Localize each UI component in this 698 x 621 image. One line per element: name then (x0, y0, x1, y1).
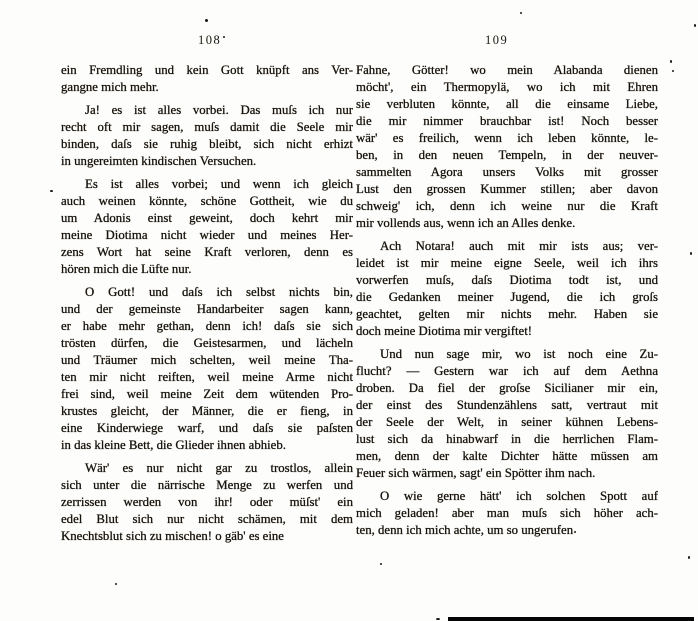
text-line: men, denn der kalte Dichter hätte müssen… (356, 448, 658, 465)
paragraph: Ach Notara! auch mit mir ists aus; ver-l… (356, 238, 658, 340)
text-line: der einst des Stundenzählens satt, vertr… (356, 397, 658, 414)
text-line: schweig' ich, denn ich weine nur die Kra… (356, 198, 658, 215)
text-line: auch weinen könnte, schöne Gottheit, wie… (61, 193, 353, 210)
text-line: mich geladen! aber man muſs sich höher a… (356, 505, 658, 522)
book-scan: 108 109 ein Fremdling und kein Gott knüp… (0, 0, 698, 621)
text-line: der Seele der Welt, in seiner kühnen Leb… (356, 414, 658, 431)
text-line: die mir nimmer brauchbar ist! Noch besse… (356, 113, 658, 130)
scan-speck (574, 531, 576, 533)
text-line: in ungereimten kindischen Versuchen. (61, 153, 353, 170)
scan-speck (115, 583, 117, 585)
text-line: doch meine Diotima mir vergiftet! (356, 323, 658, 340)
text-line: geachtet, gelten mir nichts mehr. Haben … (356, 306, 658, 323)
scan-speck (690, 252, 692, 255)
text-line: krustes gleicht, der Männer, die er fien… (61, 403, 353, 420)
text-line: ten, denn ich mich achte, um so ungerufe… (356, 522, 658, 539)
text-line: trösten dürfen, die Geistesarmen, und lä… (61, 335, 353, 352)
text-line: lust sich da hinabwarf in die herrlichen… (356, 431, 658, 448)
paragraph: Es ist alles vorbei; und wenn ich gleich… (61, 176, 353, 278)
text-line: er habe mehr gethan, denn ich! daſs sie … (61, 318, 353, 335)
text-line: sammelten Agora unsers Volks mit grosser (356, 164, 658, 181)
paragraph: O wie gerne hätt' ich solchen Spott aufm… (356, 488, 658, 539)
bottom-scan-bar (448, 617, 694, 621)
page-number-right: 109 (485, 33, 508, 48)
text-line: wär' es freilich, wenn ich leben könnte,… (356, 130, 658, 147)
text-line: mir vollends aus, wenn ich an Alles denk… (356, 215, 658, 232)
paragraph: Und nun sage mir, wo ist noch eine Zu-fl… (356, 346, 658, 482)
text-line: Lust den grossen Kummer stillen; aber da… (356, 181, 658, 198)
text-line: ten mir nicht reiften, weil meine Arme n… (61, 369, 353, 386)
text-line: Fahne, Götter! wo mein Alabanda dienen (356, 62, 658, 79)
text-line: edel Blut sich nur nicht schämen, mit de… (61, 511, 353, 528)
text-line: flucht? — Gestern war ich auf dem Aethna (356, 363, 658, 380)
text-line: sich unter die närrische Menge zu werfen… (61, 477, 353, 494)
page-number-left: 108 (198, 33, 221, 48)
scan-speck (50, 190, 53, 192)
text-column-left: ein Fremdling und kein Gott knüpft ans V… (61, 62, 353, 545)
text-line: Und nun sage mir, wo ist noch eine Zu- (356, 346, 658, 363)
text-line: Es ist alles vorbei; und wenn ich gleich (61, 176, 353, 193)
text-line: leidet ist mir meine eigne Seele, weil i… (356, 255, 658, 272)
text-line: recht oft mir sagen, muſs damit die Seel… (61, 119, 353, 136)
text-line: und Träumer mich schelten, weil meine Th… (61, 352, 353, 369)
text-line: O wie gerne hätt' ich solchen Spott auf (356, 488, 658, 505)
text-line: die Gedanken meiner Jugend, die ich groſ… (356, 289, 658, 306)
scan-speck (672, 70, 674, 72)
text-line: Feuer sich wärmen, sagt' ein Spötter ihm… (356, 465, 658, 482)
scan-speck (520, 12, 522, 14)
scan-speck (223, 36, 225, 38)
text-line: um Adonis einst geweint, doch kehrt mir (61, 210, 353, 227)
text-line: droben. Da fiel der groſse Sicilianer mi… (356, 380, 658, 397)
text-line: hören mich die Lüfte nur. (61, 261, 353, 278)
text-line: ben, in den neuen Tempeln, in der neuver… (356, 147, 658, 164)
scan-speck (688, 556, 690, 559)
text-line: Wär' es nur nicht gar zu trostlos, allei… (61, 460, 353, 477)
text-line: zens Wort hat seine Kraft verloren, denn… (61, 244, 353, 261)
text-line: Ja! es ist alles vorbei. Das muſs ich nu… (61, 102, 353, 119)
text-line: und der gemeinste Handarbeiter sagen kan… (61, 301, 353, 318)
paragraph: Wär' es nur nicht gar zu trostlos, allei… (61, 460, 353, 545)
paragraph: Fahne, Götter! wo mein Alabanda dienenmö… (356, 62, 658, 232)
text-line: Ach Notara! auch mit mir ists aus; ver- (356, 238, 658, 255)
scan-speck (436, 618, 440, 620)
paragraph: ein Fremdling und kein Gott knüpft ans V… (61, 62, 353, 96)
paragraph: O Gott! und daſs ich selbst nichts bin,u… (61, 284, 353, 454)
text-line: zerrissen werden von ihr! oder müſst' ei… (61, 494, 353, 511)
text-line: in das kleine Bett, die Glieder ihnen ab… (61, 437, 353, 454)
text-column-right: Fahne, Götter! wo mein Alabanda dienenmö… (356, 62, 658, 539)
scan-speck (380, 563, 382, 565)
scan-speck (205, 19, 208, 22)
text-line: möcht', ein Thermopylä, wo ich mit Ehren (356, 79, 658, 96)
text-line: ein Fremdling und kein Gott knüpft ans V… (61, 62, 353, 79)
scan-speck (694, 24, 696, 27)
text-line: Knechtsblut sich zu mischen! o gäb' es e… (61, 528, 353, 545)
paragraph: Ja! es ist alles vorbei. Das muſs ich nu… (61, 102, 353, 170)
text-line: binden, daſs sie ruhig bleibt, sich nich… (61, 136, 353, 153)
text-line: eine Kinderwiege warf, und daſs sie paſs… (61, 420, 353, 437)
text-line: vorwerfen muſs, daſs Diotima todt ist, u… (356, 272, 658, 289)
text-line: meine Diotima nicht wieder und meines He… (61, 227, 353, 244)
text-line: gangne mich mehr. (61, 79, 353, 96)
scan-speck (670, 60, 672, 63)
text-line: O Gott! und daſs ich selbst nichts bin, (61, 284, 353, 301)
text-line: sie verbluten könnte, all die einsame Li… (356, 96, 658, 113)
text-line: frei sind, weil meine Zeit dem wütenden … (61, 386, 353, 403)
